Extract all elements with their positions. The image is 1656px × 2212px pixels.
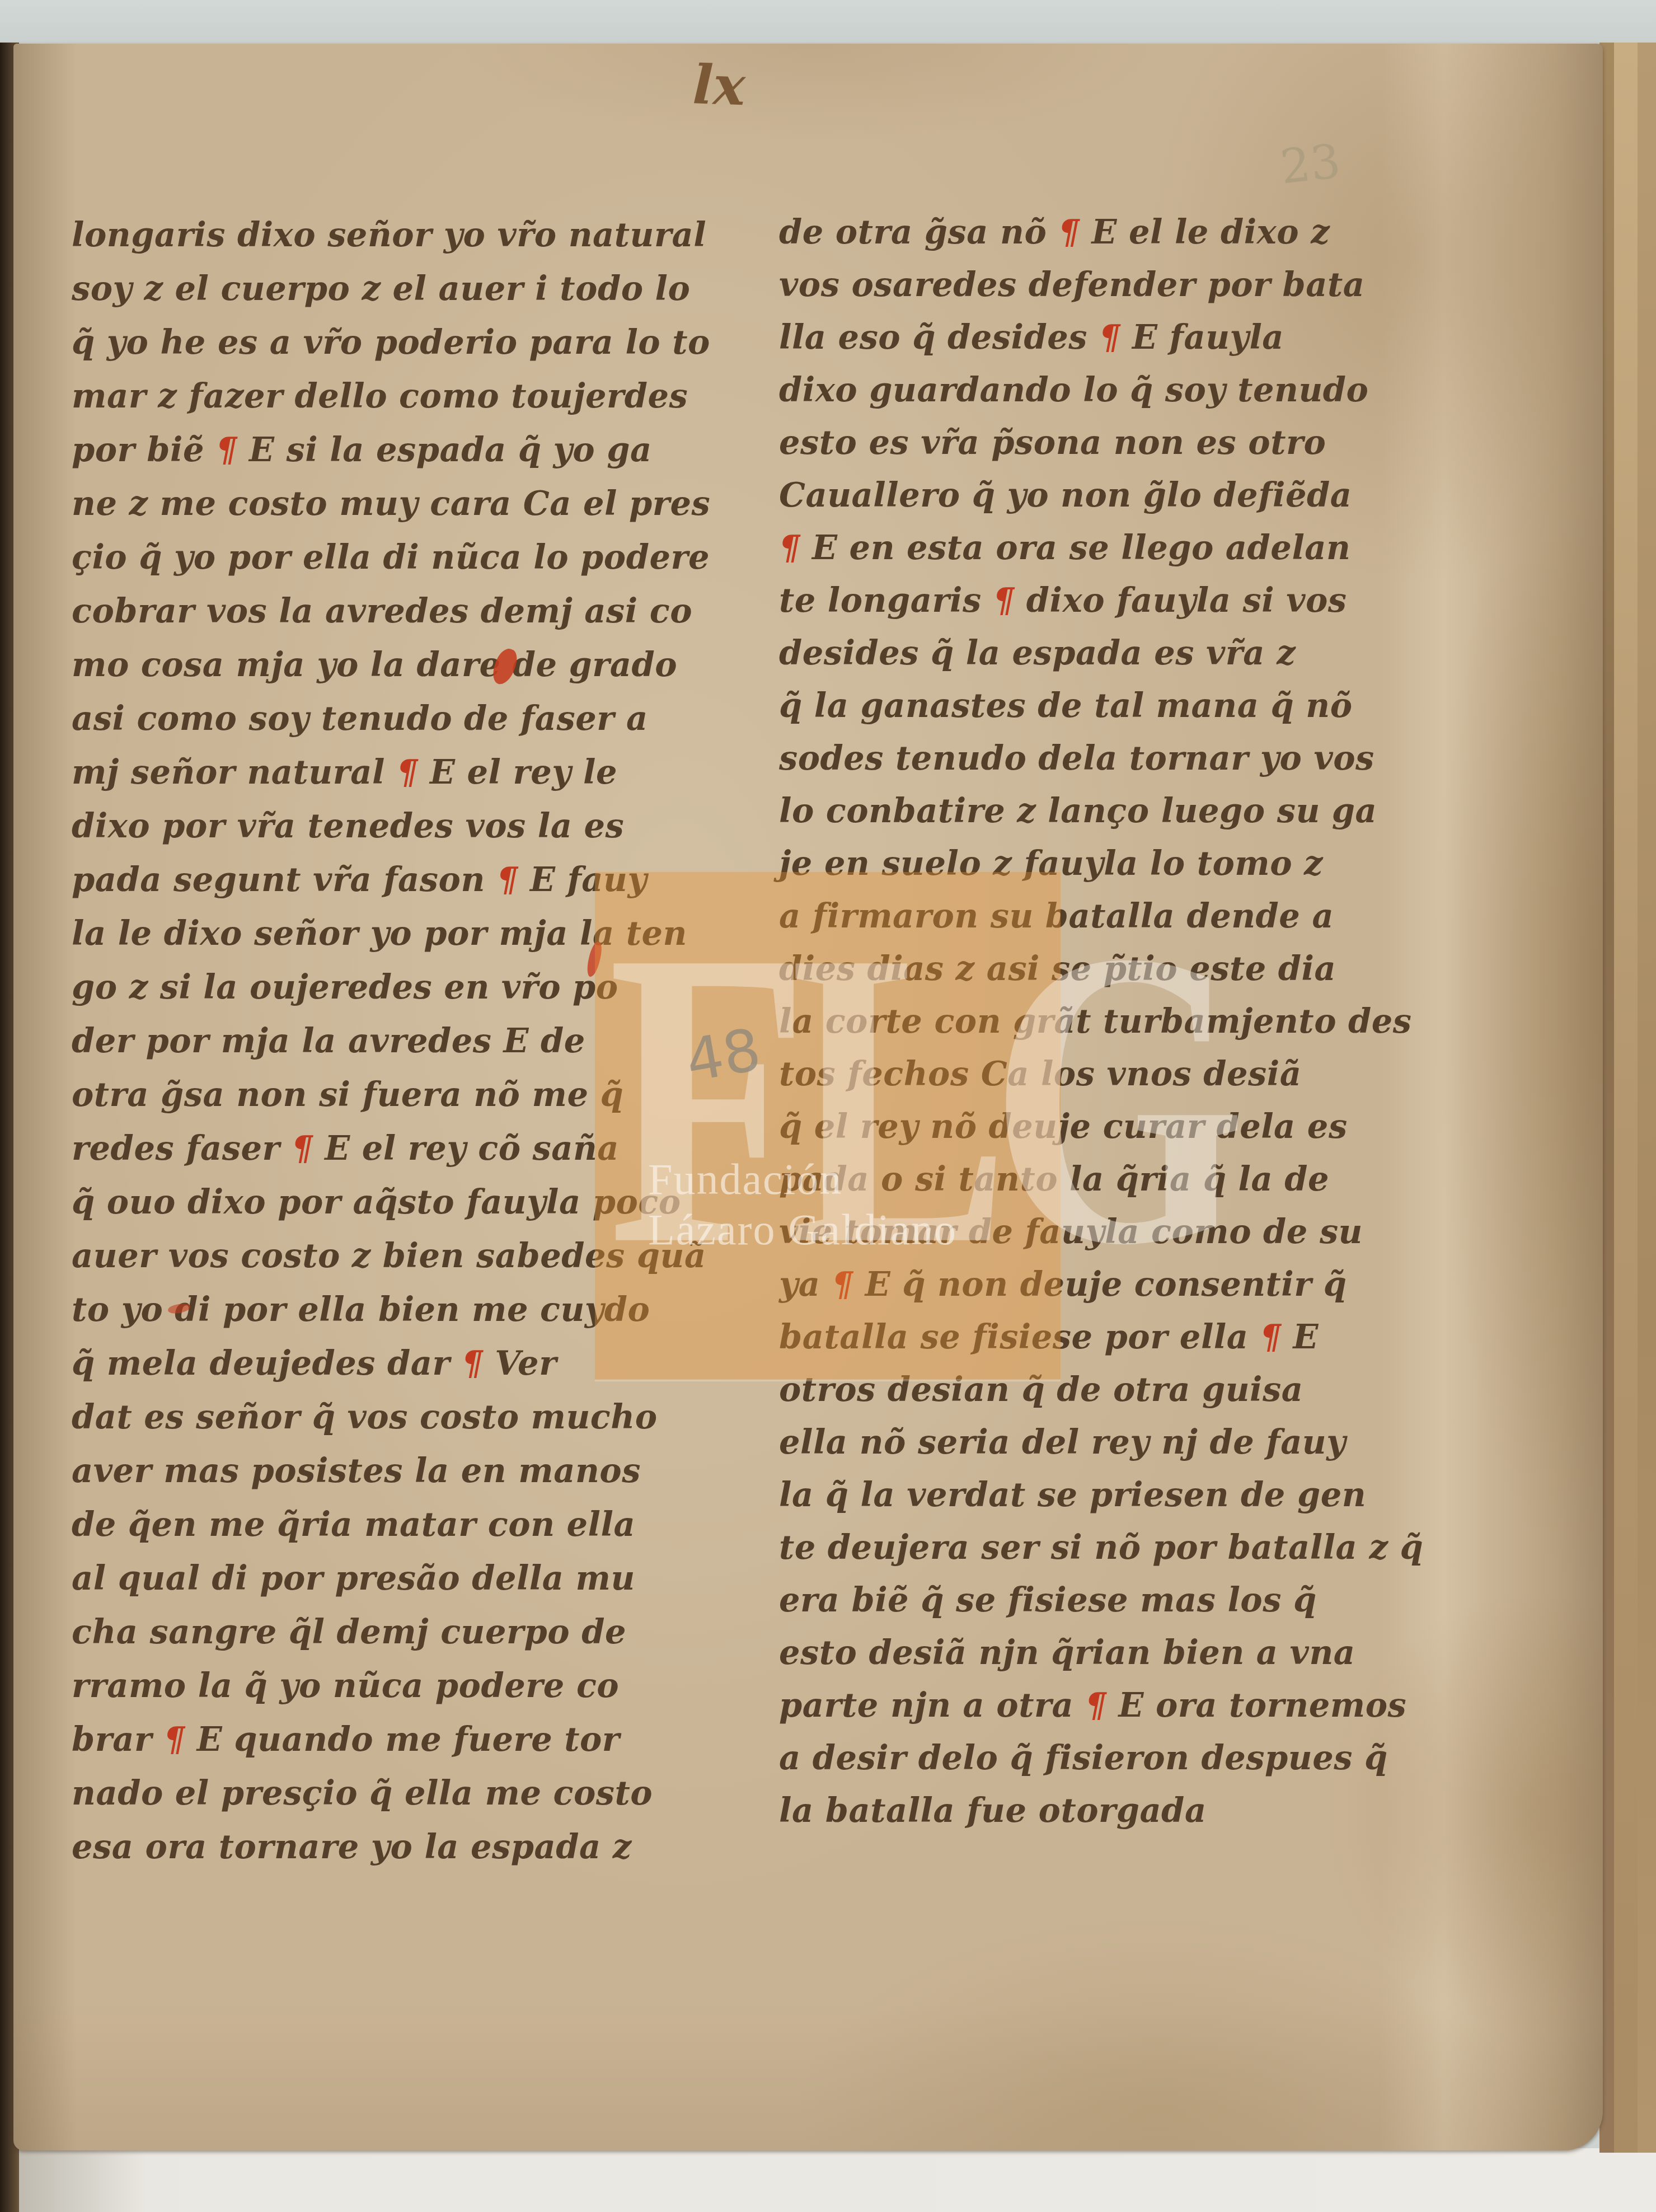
manuscript-line: cobrar vos la avredes demj asi co xyxy=(72,584,782,638)
manuscript-line: al qual di por presão della mu xyxy=(72,1552,782,1605)
folio-number-ink: lx xyxy=(692,53,747,118)
manuscript-line: rramo la q̃ yo nũca podere co xyxy=(72,1659,782,1713)
page-edge-stack xyxy=(1638,43,1656,2153)
manuscript-line: esa ora tornare yo la espada z xyxy=(72,1820,782,1874)
manuscript-line: soy z el cuerpo z el auer i todo lo xyxy=(72,262,782,316)
blind-stamp-number: 23 xyxy=(1278,134,1343,195)
manuscript-line: vos osaredes defender por bata xyxy=(779,259,1501,311)
calderon-rubric: ¶ xyxy=(497,860,518,899)
manuscript-line: asi como soy tenudo de faser a xyxy=(72,692,782,746)
manuscript-line: era biẽ q̃ se fisiese mas los q̃ xyxy=(779,1574,1501,1627)
calderon-rubric: ¶ xyxy=(462,1344,483,1382)
manuscript-line: lla eso q̃ desides ¶ E fauyla xyxy=(779,311,1501,364)
manuscript-line: ella nõ seria del rey nj de fauy xyxy=(779,1416,1501,1469)
manuscript-line: desides q̃ la espada es vr̃a z xyxy=(779,627,1501,679)
manuscript-line: brar ¶ E quando me fuere tor xyxy=(72,1713,782,1766)
manuscript-line: q̃ la ganastes de tal mana q̃ nõ xyxy=(779,679,1501,732)
manuscript-line: de otra g̃sa nõ ¶ E el le dixo z xyxy=(779,206,1501,259)
scan-background-bottom xyxy=(0,2148,1656,2212)
manuscript-line: esto desiã njn q̃rian bien a vna xyxy=(779,1627,1501,1679)
manuscript-line: por biẽ ¶ E si la espada q̃ yo ga xyxy=(72,423,782,477)
manuscript-line: de q̃en me q̃ria matar con ella xyxy=(72,1498,782,1552)
manuscript-line: dat es señor q̃ vos costo mucho xyxy=(72,1390,782,1444)
manuscript-line: aver mas posistes la en manos xyxy=(72,1444,782,1498)
manuscript-line: parte njn a otra ¶ E ora tornemos xyxy=(779,1679,1501,1732)
page-edge-stack xyxy=(1614,43,1638,2153)
calderon-rubric: ¶ xyxy=(397,753,418,791)
manuscript-line: esto es vr̃a p̃sona non es otro xyxy=(779,416,1501,469)
calderon-rubric: ¶ xyxy=(1058,213,1080,251)
manuscript-line: nado el presçio q̃ ella me costo xyxy=(72,1766,782,1820)
manuscript-line: la q̃ la verdat se priesen de gen xyxy=(779,1469,1501,1521)
manuscript-line: te deujera ser si nõ por batalla z q̃ xyxy=(779,1521,1501,1574)
manuscript-line: a desir delo q̃ fisieron despues q̃ xyxy=(779,1732,1501,1784)
watermark-name-line1: Fundación xyxy=(648,1154,842,1205)
manuscript-line: cha sangre q̃l demj cuerpo de xyxy=(72,1605,782,1659)
manuscript-line: Cauallero q̃ yo non g̃lo defiẽda xyxy=(779,469,1501,522)
manuscript-line: la batalla fue otorgada xyxy=(779,1784,1501,1837)
manuscript-line: çio q̃ yo por ella di nũca lo podere xyxy=(72,531,782,584)
manuscript-line: longaris dixo señor yo vr̃o natural xyxy=(72,208,782,262)
calderon-rubric: ¶ xyxy=(1099,318,1120,357)
manuscript-line: te longaris ¶ dixo fauyla si vos xyxy=(779,574,1501,627)
calderon-rubric: ¶ xyxy=(216,430,237,469)
manuscript-scan: { "page": { "folio_mark": "lx", "blind_s… xyxy=(0,0,1656,2212)
watermark-name-line2: Lázaro Galdiano xyxy=(648,1205,957,1255)
watermark-initials: FLG xyxy=(608,814,1102,1382)
pencil-foliation: 48 xyxy=(681,1015,766,1095)
manuscript-line: mj señor natural ¶ E el rey le xyxy=(72,746,782,799)
manuscript-line: ne z me costo muy cara Ca el pres xyxy=(72,477,782,531)
manuscript-line: ¶ E en esta ora se llego adelan xyxy=(779,522,1501,574)
manuscript-line: mar z fazer dello como toujerdes xyxy=(72,369,782,423)
calderon-rubric: ¶ xyxy=(993,581,1015,620)
scan-background-top xyxy=(0,0,1656,46)
manuscript-line: dixo guardando lo q̃ soy tenudo xyxy=(779,364,1501,416)
calderon-rubric: ¶ xyxy=(164,1720,185,1759)
calderon-rubric: ¶ xyxy=(779,528,800,567)
manuscript-line: mo cosa mja yo la dare de grado xyxy=(72,638,782,692)
manuscript-line: sodes tenudo dela tornar yo vos xyxy=(779,732,1501,785)
calderon-rubric: ¶ xyxy=(292,1129,313,1168)
calderon-rubric: ¶ xyxy=(1260,1318,1281,1356)
manuscript-line: q̃ yo he es a vr̃o poderio para lo to xyxy=(72,316,782,369)
calderon-rubric: ¶ xyxy=(1085,1686,1106,1724)
